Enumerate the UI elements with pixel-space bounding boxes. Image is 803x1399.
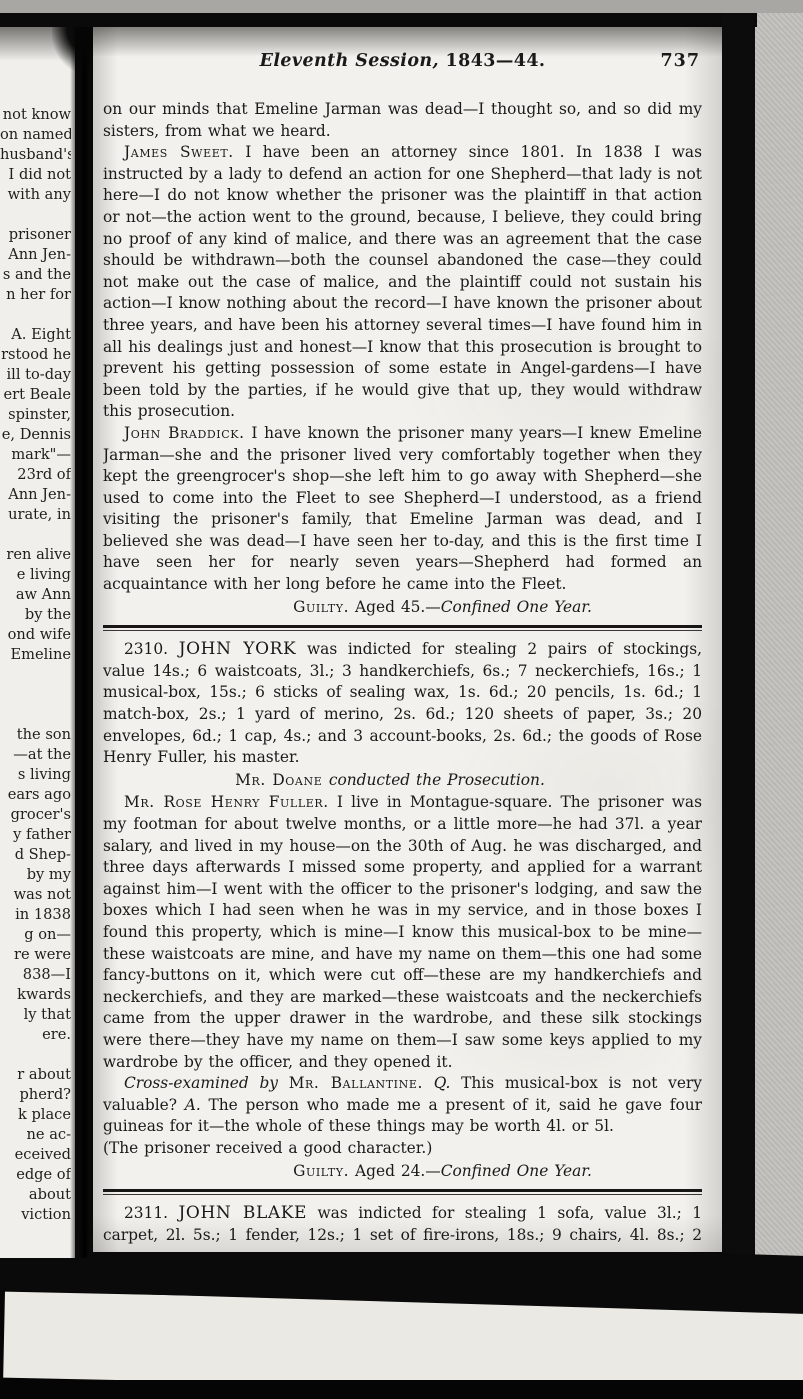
text-run: I live in Montague-square. The prisoner … [103,793,702,1070]
text-run: on our minds that Emeline Jarman was dea… [103,100,702,140]
edge-text-line: was not [0,885,71,905]
text-run: John Braddick. [124,424,245,442]
book-top-edge-shadow [0,13,757,27]
verdict-line-2310: Guilty. Aged 24.—Confined One Year. [103,1161,702,1183]
edge-text-line: about [0,1185,71,1205]
text-run: Q. [434,1074,451,1092]
text-run: Confined One Year. [441,1162,592,1180]
edge-text-line: prisoner [0,225,71,245]
text-run: Confined One Year. [441,598,592,616]
edge-text-line: edge of [0,1165,71,1185]
page-title: Eleventh Session, 1843—44. [103,51,702,71]
edge-text-line [0,205,71,225]
edge-text-line: kwards [0,985,71,1005]
edge-text-line: s living [0,765,71,785]
cross-examination: Cross-examined by Mr. Ballantine. Q. Thi… [103,1073,702,1138]
edge-text-line: ren alive [0,545,71,565]
case-2310-indictment: 2310. JOHN YORK was indicted for stealin… [103,639,702,769]
photo-background-bottom [0,1380,803,1399]
edge-text-line [0,705,71,725]
edge-text-line [0,665,71,685]
edge-text-line: Ann Jen- [0,485,71,505]
edge-text-line: I did not [0,165,71,185]
text-run: I have known the prisoner many years—I k… [103,424,702,593]
edge-text-line: by my [0,865,71,885]
edge-text-line [0,525,71,545]
book-page: Eleventh Session, 1843—44. 737 on our mi… [93,27,722,1252]
text-run: Aged 45.— [349,598,441,616]
edge-text-line: mark"— [0,445,71,465]
text-run: Mr. Doane [235,771,329,789]
edge-text-line: e, Dennis [0,425,71,445]
edge-text-line: ears ago [0,785,71,805]
text-run: conducted the Prosecution. [329,771,545,789]
text-run: Cross-examined by [124,1074,289,1092]
text-run: James Sweet. [124,143,234,161]
edge-text-line [0,685,71,705]
text-run: JOHN YORK [179,639,297,659]
verdict-line-2309: Guilty. Aged 45.—Confined One Year. [103,597,702,619]
text-run: (The prisoner received a good character.… [103,1139,432,1157]
section-divider [103,1189,702,1195]
edge-text-line: on named [0,125,71,145]
character-note: (The prisoner received a good character.… [103,1138,702,1160]
edge-text-line: y father [0,825,71,845]
text-run: 2310. [124,640,179,658]
edge-text-line: ly that [0,1005,71,1025]
text-run: Mr. Rose Henry Fuller. [124,793,329,811]
photo-background-top [0,0,803,13]
edge-text-line: urate, in [0,505,71,525]
edge-text-line: viction [0,1205,71,1225]
edge-text-line: r about [0,1065,71,1085]
text-run: I have been an attorney since 1801. In 1… [103,143,702,420]
page-number: 737 [660,51,700,71]
text-run: A. [185,1096,201,1114]
prosecution-line: Mr. Doane conducted the Prosecution. [103,770,702,792]
text-run: Guilty. [293,598,349,616]
edge-text-line: ert Beale [0,385,71,405]
edge-text-line: by the [0,605,71,625]
edge-text-line: n her for [0,285,71,305]
text-run: JOHN BLAKE [179,1203,308,1223]
edge-text-line: —at the [0,745,71,765]
section-divider [103,625,702,631]
edge-text-line: spinster, [0,405,71,425]
edge-text-line: ne ac- [0,1125,71,1145]
text-run: Guilty. [293,1162,349,1180]
edge-text-line: s and the [0,265,71,285]
session-title: Eleventh Session, [260,51,439,71]
edge-text-line: grocer's [0,805,71,825]
edge-text-line: not know [0,105,71,125]
edge-text-line: ill to-day [0,365,71,385]
text-run: Mr. Ballantine. [289,1074,423,1092]
edge-text-line: e living [0,565,71,585]
session-year: 1843—44. [439,51,545,71]
edge-text-line: ond wife [0,625,71,645]
testimony-john-braddick: John Braddick. I have known the prisoner… [103,423,702,596]
edge-text-line: eceived [0,1145,71,1165]
left-page-edge: not knowon namedhusband'sI did notwith a… [0,27,75,1258]
edge-text-line: 838—I [0,965,71,985]
book-photograph: not knowon namedhusband'sI did notwith a… [0,0,803,1399]
edge-text-line [0,305,71,325]
edge-text-line: Ann Jen- [0,245,71,265]
edge-text-line: with any [0,185,71,205]
case-2311-indictment: 2311. JOHN BLAKE was indicted for steali… [103,1203,702,1244]
edge-text-line: aw Ann [0,585,71,605]
testimony-james-sweet: James Sweet. I have been an attorney sin… [103,142,702,423]
testimony-rose-henry-fuller: Mr. Rose Henry Fuller. I live in Montagu… [103,792,702,1073]
edge-text-line: ere. [0,1025,71,1045]
edge-text-line: g on— [0,925,71,945]
book-right-edge-shadow [722,13,755,1333]
edge-text-line: k place [0,1105,71,1125]
edge-text-line: rstood he [0,345,71,365]
page-text: on our minds that Emeline Jarman was dea… [103,99,702,1244]
edge-text-line: A. Eight [0,325,71,345]
photo-background-right [755,13,803,1386]
running-header: Eleventh Session, 1843—44. 737 [103,51,702,79]
edge-text-line: in 1838 [0,905,71,925]
edge-text-line: re were [0,945,71,965]
text-run: Aged 24.— [349,1162,441,1180]
edge-text-line: the son [0,725,71,745]
text-run [423,1074,434,1092]
edge-text-line: husband's [0,145,71,165]
edge-text-line: d Shep- [0,845,71,865]
edge-text-line: pherd? [0,1085,71,1105]
left-page-edge-text: not knowon namedhusband'sI did notwith a… [0,105,71,1225]
edge-text-line: 23rd of [0,465,71,485]
text-run: 2311. [124,1204,179,1222]
edge-text-line: Emeline [0,645,71,665]
continuation-paragraph: on our minds that Emeline Jarman was dea… [103,99,702,142]
edge-text-line [0,1045,71,1065]
